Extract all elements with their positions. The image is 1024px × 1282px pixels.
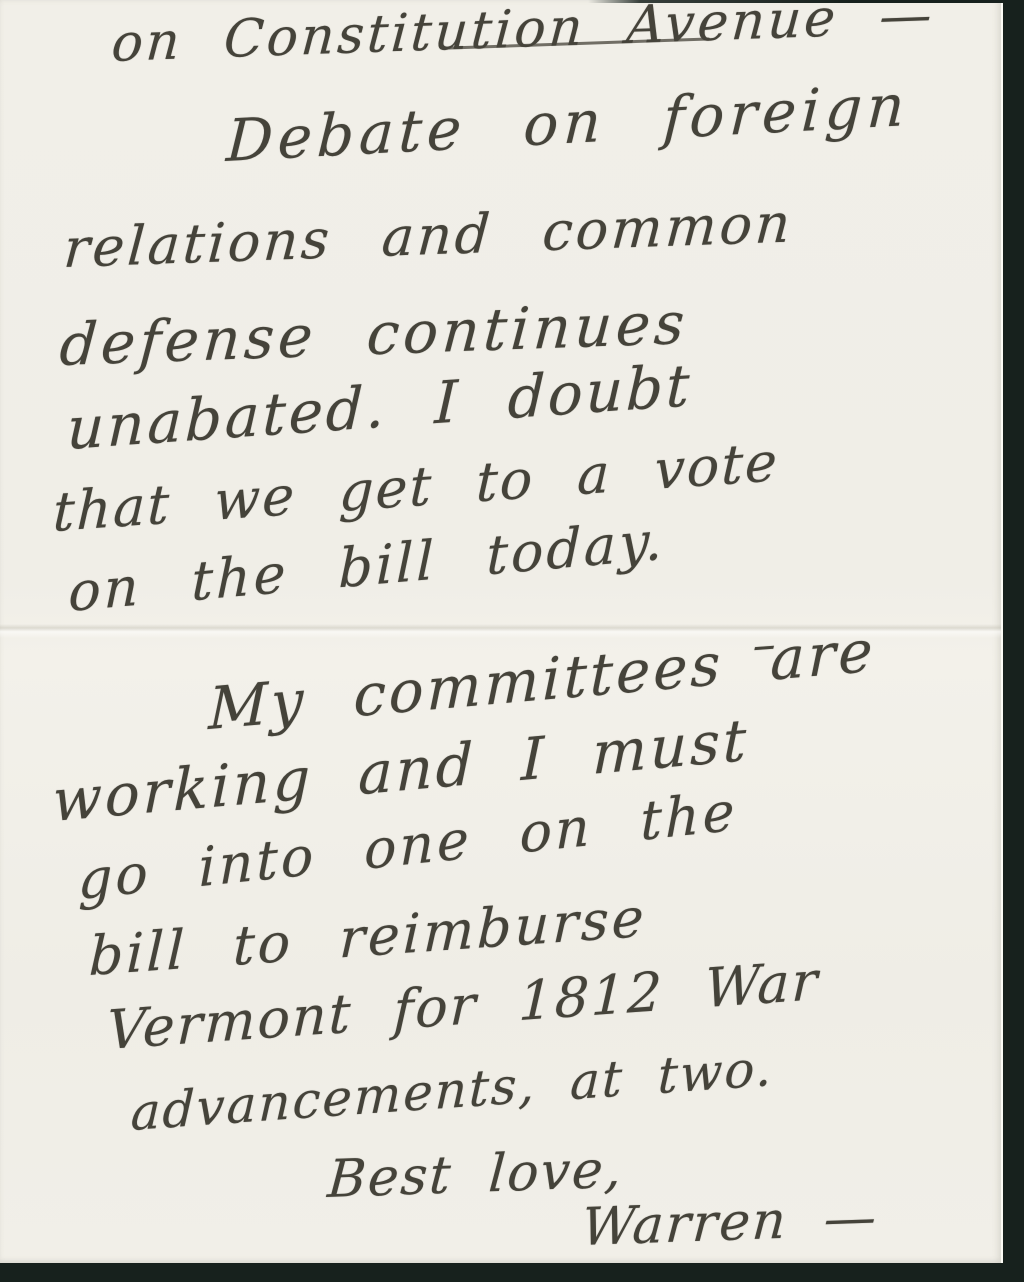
handwritten-line: relations and common (62, 196, 795, 276)
handwritten-line: Debate on foreign (225, 76, 911, 170)
letter-page: on Constitution Avenue —Debate on foreig… (0, 0, 1003, 1263)
scanned-letter: on Constitution Avenue —Debate on foreig… (0, 0, 1024, 1282)
handwritten-line: Best love, (326, 1144, 625, 1206)
scan-top-edge (588, 0, 1024, 3)
handwritten-line: on Constitution Avenue — (110, 0, 936, 70)
signature-line: Warren — (580, 1191, 880, 1254)
handwritten-line: My committees are (208, 621, 876, 738)
handwritten-line: advancements, at two. (130, 1043, 774, 1138)
handwriting-layer: on Constitution Avenue —Debate on foreig… (0, 0, 1001, 1263)
